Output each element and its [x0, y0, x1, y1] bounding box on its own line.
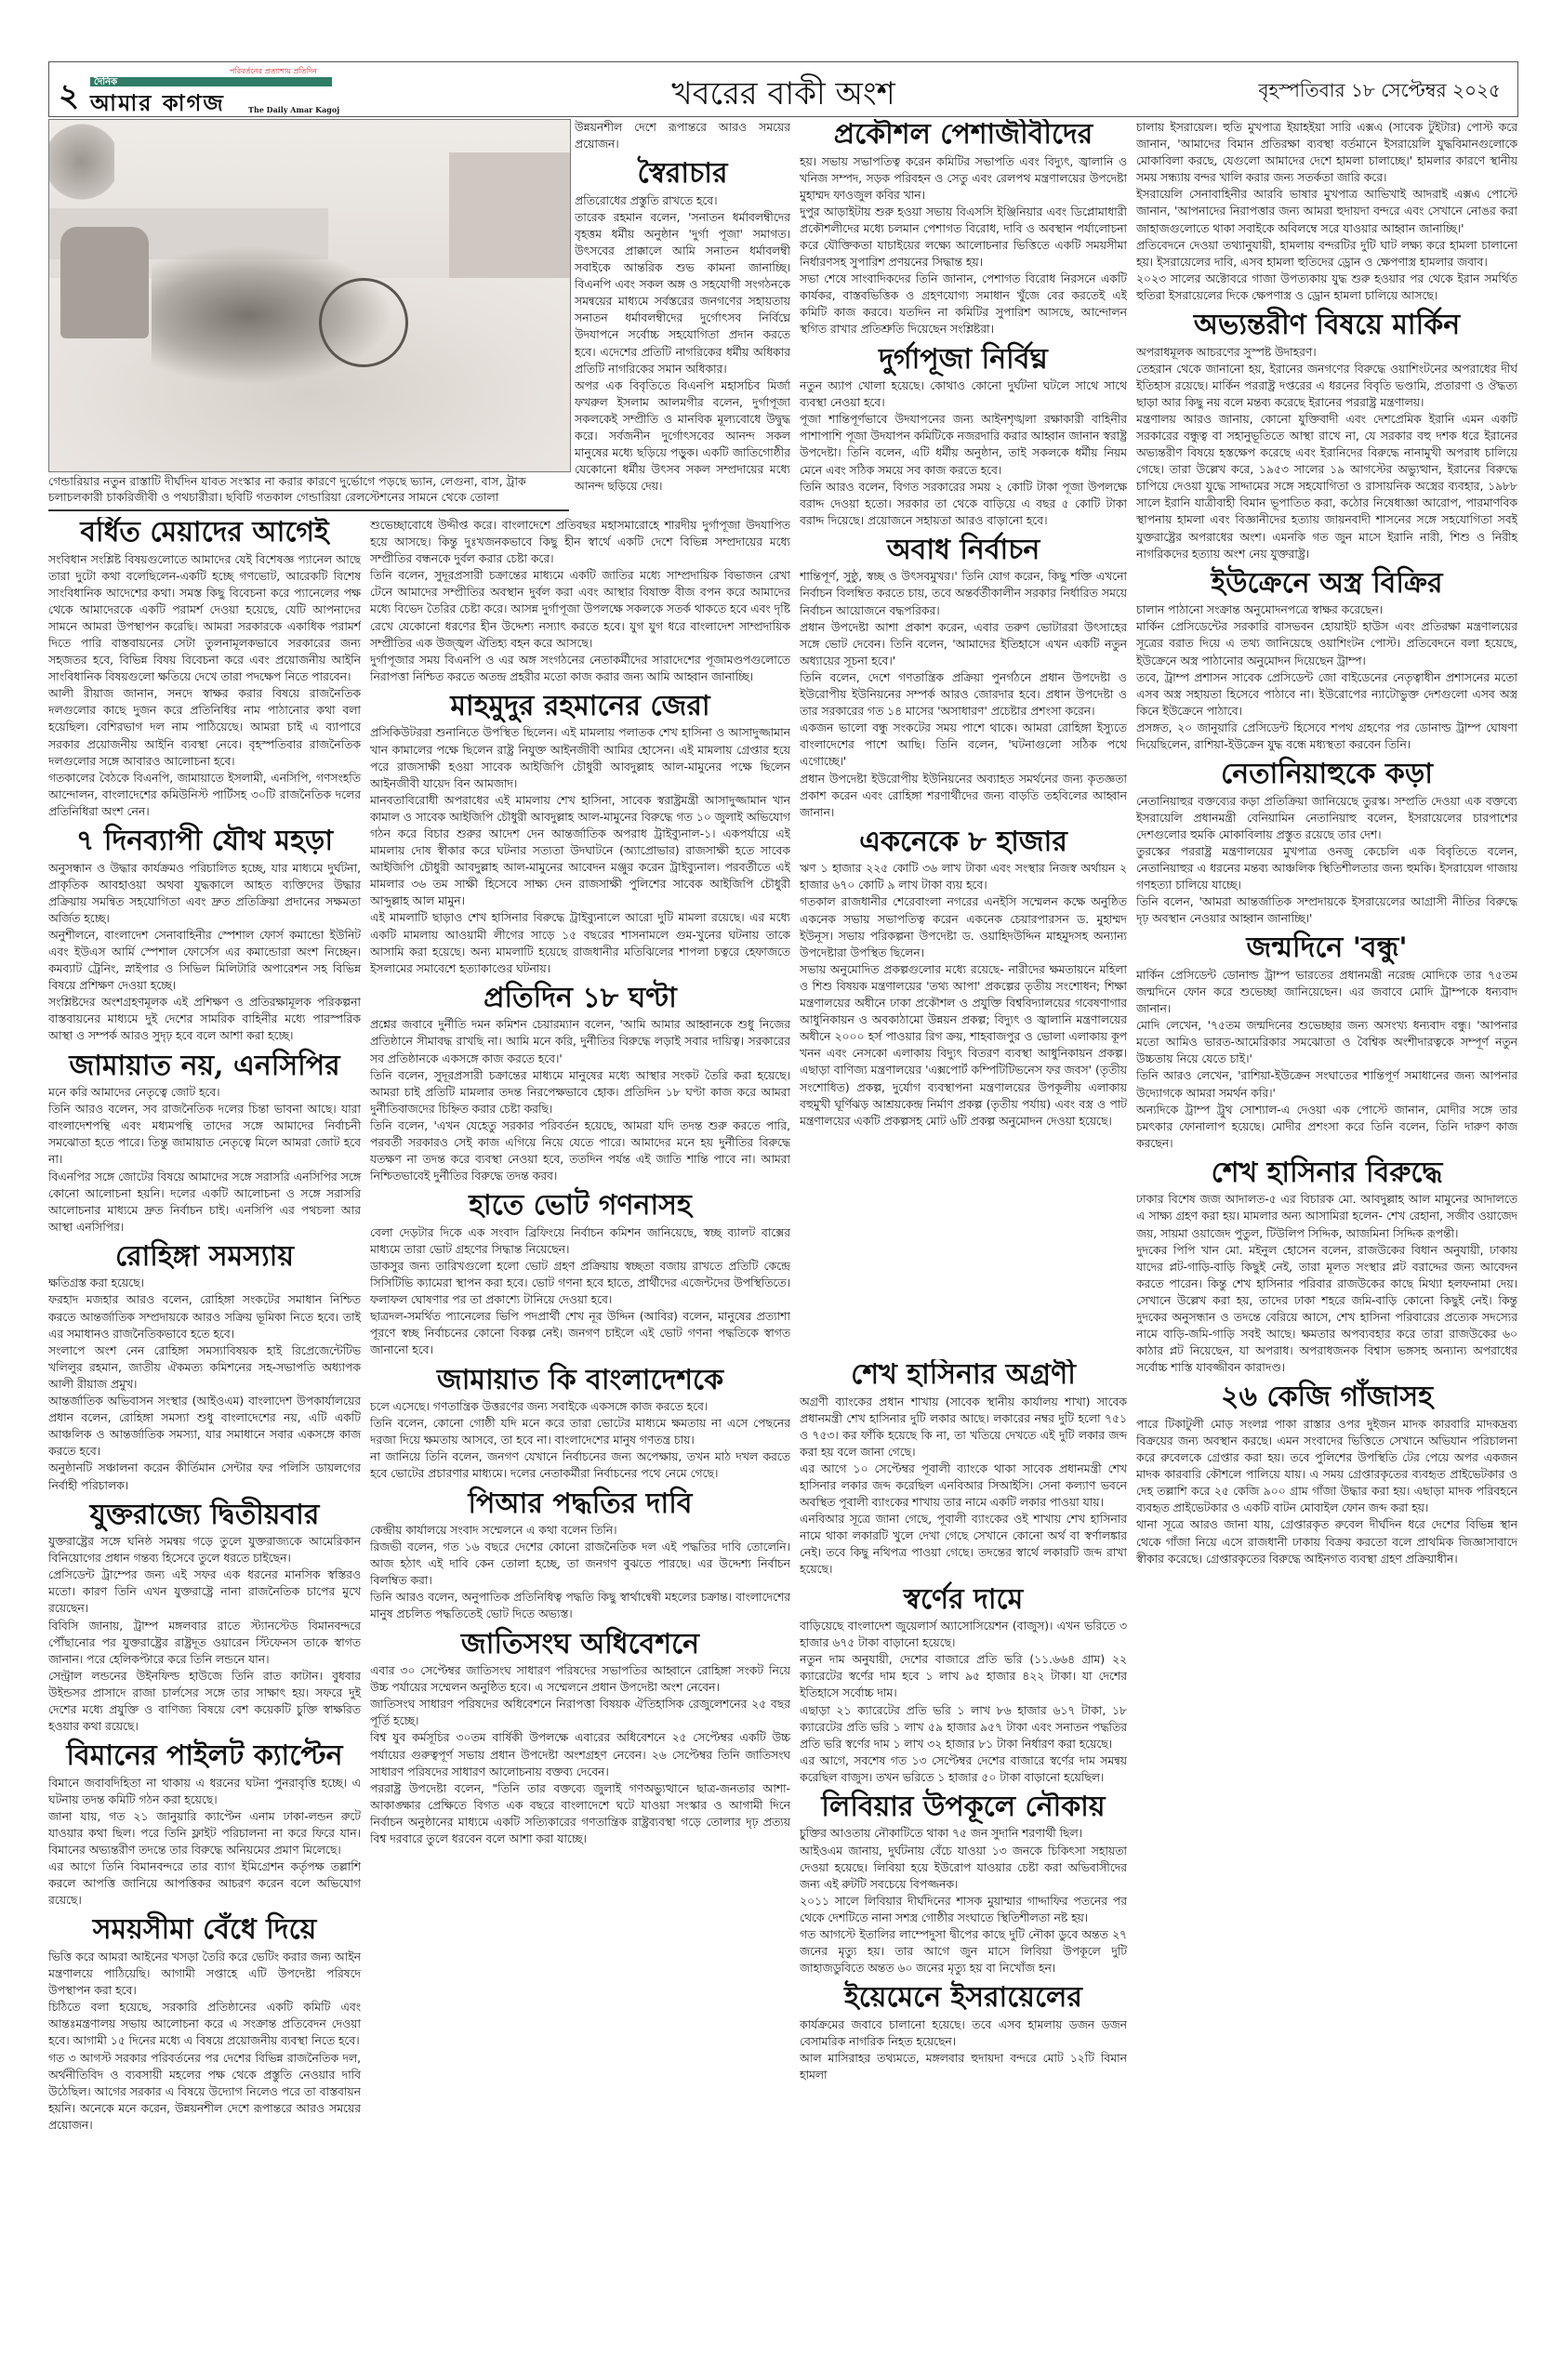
article-joint-drill[interactable]: ৭ দিনব্যাপী যৌথ মহড়া অনুসন্ধান ও উদ্ধার…	[48, 826, 361, 1045]
headline: স্বৈরাচার	[575, 158, 790, 191]
article-jamaat-ncp[interactable]: জামায়াত নয়, এনসিপির মনে করি আমাদের নেত…	[48, 1051, 361, 1236]
paragraph: থানা সূত্রে আরও জানা যায়, গ্রেপ্তারকৃত …	[1136, 1516, 1517, 1567]
paragraph: শুভেচ্ছাবোধে উদ্দীপ্ত করে। বাংলাদেশে প্র…	[370, 517, 790, 567]
headline: ২৬ কেজি গাঁজাসহ	[1136, 1382, 1517, 1414]
paragraph: পররাষ্ট্র উপদেষ্টা বলেন, "তিনি তার বক্তব…	[370, 1780, 790, 1847]
paragraph: ক্ষতিগ্রস্ত করা হয়েছে।	[48, 1275, 361, 1291]
paragraph: ঋণ ১ হাজার ২২৫ কোটি ৩৬ লাখ টাকা এবং সংস্…	[800, 860, 1127, 893]
paragraph: চুক্তির আওতায় নৌকাটিতে থাকা ৭৫ জন সুদান…	[800, 1825, 1127, 1842]
paragraph: আলী রীয়াজ জানান, সনদে স্বাক্ষর করার বিষ…	[48, 685, 361, 769]
paragraph: প্রধান উপদেষ্টা আশা প্রকাশ করেন, এবার তর…	[800, 619, 1127, 669]
paragraph: কার্যক্রমের জবাবে চালানো হয়েছে। তবে এসব…	[800, 2016, 1127, 2050]
headline: শেখ হাসিনার অগ্রণী	[800, 1359, 1127, 1392]
paragraph: ভিত্তি করে আমরা আইনের খসড়া তৈরি করে ভেট…	[48, 1949, 361, 1999]
paragraph: বেলা দেড়টার দিকে এক সংবাদ ব্রিফিংয়ে নি…	[370, 1224, 790, 1258]
paragraph: না জানিয়ে তিনি বলেন, জনগণ যেখানে নির্বা…	[370, 1448, 790, 1482]
paragraph: এবার ৩০ সেপ্টেম্বর জাতিসংঘ সাধারণ পরিষদে…	[370, 1662, 790, 1696]
paragraph: মোদি লেখেন, '৭৫তম জন্মদিনের শুভেচ্ছার জন…	[1136, 1017, 1517, 1067]
paragraph: একজন ভালো বন্ধু সংকটের সময় পাশে থাকে। আ…	[800, 720, 1127, 770]
headline: দুর্গাপূজা নির্বিঘ্ন	[800, 344, 1127, 377]
paragraph: গত ৩ আগস্ট সরকার পরিবর্তনের পর দেশের বিভ…	[48, 2050, 361, 2134]
paragraph: এই মামলাটি ছাড়াও শেখ হাসিনার বিরুদ্ধে ট…	[370, 909, 790, 976]
paragraph: এছাড়া ২১ ক্যারেটের প্রতি ভরি ১ লাখ ৮৬ হ…	[800, 1702, 1127, 1752]
article-birthday[interactable]: জন্মদিনে 'বন্ধু' মার্কিন প্রেসিডেন্ট ডোন…	[1136, 932, 1517, 1152]
paragraph: গত আগস্টে ইতালির লাম্পেদুসা দ্বীপের কাছে…	[800, 1926, 1127, 1977]
headline: যুক্তরাজ্যে দ্বিতীয়বার	[48, 1500, 361, 1532]
paragraph: তেহরান থেকে জানানো হয়, ইরানের জনগণের বি…	[1136, 361, 1517, 411]
article-extended-term[interactable]: বর্ধিত মেয়াদের আগেই সংবিধান সংশ্লিষ্ট ব…	[48, 517, 361, 820]
paragraph: গতকালের বৈঠকে বিএনপি, জামায়াতে ইসলামী, …	[48, 770, 361, 820]
paragraph: তিনি বলেন, দেশে গণতান্ত্রিক প্রক্রিয়া প…	[800, 669, 1127, 720]
paragraph: সভা শেষে সাংবাদিকদের তিনি জানান, পেশাগত …	[800, 271, 1127, 337]
article-uk[interactable]: যুক্তরাজ্যে দ্বিতীয়বার যুক্তরাষ্ট্রের স…	[48, 1500, 361, 1736]
paragraph: তবে, ট্রাম্প প্রশাসন সাবেক প্রেসিডেন্ট জ…	[1136, 669, 1517, 720]
headline: সময়সীমা বেঁধে দিয়ে	[48, 1914, 361, 1947]
article-deadline[interactable]: সময়সীমা বেঁধে দিয়ে ভিত্তি করে আমরা আইন…	[48, 1914, 361, 2134]
paragraph: অনুসন্ধান ও উদ্ধার কার্যক্রমও পরিচালিত হ…	[48, 860, 361, 927]
article-mahmudur[interactable]: মাহমুদুর রহমানের জেরা প্রসিকিউটররা শুনান…	[370, 691, 790, 977]
paragraph: আন্তর্জাতিক অভিবাসন সংস্থার (আইওএম) বাংল…	[48, 1393, 361, 1460]
paragraph: পারে টিকাটুলী মোড় সংলগ্ন পাকা রাস্তার ও…	[1136, 1416, 1517, 1517]
news-photo-icon	[48, 119, 571, 472]
paragraph: তিনি বলেন, কোনো গোষ্ঠী যদি মনে করে তারা …	[370, 1415, 790, 1448]
article-netanyahu[interactable]: নেতানিয়াহুকে কড়া নেতানিয়াহুর বক্তব্যে…	[1136, 759, 1517, 927]
tree-shape	[49, 120, 114, 204]
paragraph: তিনি আরও লেখেন, 'রাশিয়া-ইউক্রেন সংঘাতের…	[1136, 1067, 1517, 1101]
paragraph: মার্কিন প্রেসিডেন্টের সরকারি বাসভবন হোয়…	[1136, 618, 1517, 668]
headline: নেতানিয়াহুকে কড়া	[1136, 759, 1517, 791]
paragraph: জানা যায়, গত ২১ জানুয়ারি ক্যাপ্টেন এনা…	[48, 1808, 361, 1858]
paragraph: তিনি বলেন, সুদূরপ্রসারী চক্রান্তের মাধ্য…	[370, 567, 790, 651]
paragraph: প্রসিকিউটররা শুনানিতে উপস্থিত ছিলেন। এই …	[370, 724, 790, 791]
paragraph: দুপুর আড়াইটায় শুরু হওয়া সভায় বিএসসি …	[800, 204, 1127, 271]
paragraph: দুদকের পিপি খান মো. মইনুল হোসেন বলেন, রা…	[1136, 1242, 1517, 1377]
headline: ইয়েমেনে ইসরায়েলের	[800, 1982, 1127, 2015]
paragraph: বিবিসি জানায়, ট্রাম্প মঙ্গলবার রাতে স্ট…	[48, 1618, 361, 1668]
shop-shape	[449, 152, 570, 292]
article-agrani[interactable]: শেখ হাসিনার অগ্রণী অগ্রণী ব্যাংকের প্রধা…	[800, 1359, 1127, 1579]
paragraph: সংলাপে অংশ নেন রোহিঙ্গা সমস্যাবিষয়ক হাই…	[48, 1342, 361, 1393]
article-iran[interactable]: অভ্যন্তরীণ বিষয়ে মার্কিন অপরাধমূলক আচরণ…	[1136, 310, 1517, 562]
article-lead: উন্নয়নশীল দেশে রূপান্তরে আরও সময়ের প্র…	[575, 119, 790, 152]
paragraph: চিঠিতে বলা হয়েছে, সরকারি প্রতিষ্ঠানের এ…	[48, 1999, 361, 2049]
headline: অবাধ নির্বাচন	[800, 535, 1127, 567]
paragraph: ঢাকার বিশেষ জজ আদালত-৫ এর বিচারক মো. আবদ…	[1136, 1191, 1517, 1241]
paragraph: এর আগে, সবশেষ গত ১৩ সেপ্টেম্বর দেশের বাজ…	[800, 1752, 1127, 1786]
paragraph: মনে করি আমাদের নেতৃত্বে জোট হবে।	[48, 1084, 361, 1101]
paragraph: জাতিসংঘ সাধারণ পরিষদের অধিবেশনে নিরাপত্ত…	[370, 1696, 790, 1729]
headline: জাতিসংঘ অধিবেশনে	[370, 1629, 790, 1661]
article-ukraine[interactable]: ইউক্রেনে অস্ত্র বিক্রির চালান পাঠানো সংক…	[1136, 568, 1517, 753]
article-hasina-case[interactable]: শেখ হাসিনার বিরুদ্ধে ঢাকার বিশেষ জজ আদাল…	[1136, 1157, 1517, 1377]
paragraph: ইসরায়েলি সেনাবাহিনীর আরবি ভাষার মুখপাত্…	[1136, 186, 1517, 236]
headline: একনেকে ৮ হাজার	[800, 826, 1127, 859]
headline: পিআর পদ্ধতির দাবি	[370, 1488, 790, 1521]
paragraph: তিনি আরও বলেন, সব রাজনৈতিক দলের চিন্তা ভ…	[48, 1101, 361, 1168]
paragraph: প্রসঙ্গত, ২০ জানুয়ারি প্রেসিডেন্ট হিসেব…	[1136, 720, 1517, 753]
paragraph: গতকাল রাজধানীর শেরেবাংলা নগরের এনইসি সম্…	[800, 893, 1127, 960]
article-18-hours[interactable]: প্রতিদিন ১৮ ঘণ্টা প্রশ্নের জবাবে দুর্নীত…	[370, 983, 790, 1184]
newspaper-page: ২ দৈনিক পরিবর্তনের প্রত্যাশায় প্রতিদিন …	[48, 61, 1518, 2320]
paragraph: প্রশ্নের জবাবে দুর্নীতি দমন কমিশন চেয়ার…	[370, 1016, 790, 1066]
paragraph: মার্কিন প্রেসিডেন্ট ডোনাল্ড ট্রাম্প ভারত…	[1136, 967, 1517, 1017]
headline: স্বর্ণের দামে	[800, 1584, 1127, 1617]
paragraph: অপর এক বিবৃতিতে বিএনপি মহাসচিব মির্জা ফখ…	[575, 377, 790, 496]
col3-top: প্রকৌশল পেশাজীবীদের হয়। সভায় সভাপতিত্ব…	[800, 119, 1127, 1346]
paragraph: ২০১১ সালে লিবিয়ার দীর্ঘদিনের শাসক মুয়া…	[800, 1893, 1127, 1926]
headline: হাতে ভোট গণনাসহ	[370, 1190, 790, 1223]
paragraph: তিনি বলেন, 'আমরা আন্তর্জাতিক সম্প্রদায়ক…	[1136, 893, 1517, 927]
paragraph: পূজা শান্তিপূর্ণভাবে উদযাপনের জন্য আইনশৃ…	[800, 411, 1127, 478]
paragraph: অনুষ্ঠানটি সঞ্চালনা করেন কীর্তিমান সেন্ট…	[48, 1460, 361, 1493]
headline: জামায়াত কি বাংলাদেশকে	[370, 1365, 790, 1397]
article-gold[interactable]: স্বর্ণের দামে বাড়িয়েছে বাংলাদেশ জুয়েল…	[800, 1584, 1127, 1786]
article-pilot[interactable]: বিমানের পাইলট ক্যাপ্টেন বিমানে জবাবদিহিত…	[48, 1740, 361, 1909]
article-engineers[interactable]: প্রকৌশল পেশাজীবীদের হয়। সভায় সভাপতিত্ব…	[800, 119, 1127, 338]
paragraph: অগ্রণী ব্যাংকের প্রধান শাখায় (সাবেক স্থ…	[800, 1394, 1127, 1461]
paragraph: রিজভী বলেন, গত ১৬ বছরে দেশের কোনো রাজনৈত…	[370, 1539, 790, 1589]
rickshaw-wheel-shape	[319, 278, 408, 367]
paragraph: মন্ত্রণালয় আরও জানায়, কোনো যুক্তিবাদী …	[1136, 411, 1517, 562]
paragraph: প্রতিরোধের প্রস্তুতি রাখতে হবে।	[575, 192, 790, 209]
article-election[interactable]: অবাধ নির্বাচন শান্তিপূর্ণ, সুষ্ঠু, স্বচ্…	[800, 535, 1127, 821]
paragraph: দুর্গাপূজার সময় বিএনপি ও এর অঙ্গ সংগঠনে…	[370, 652, 790, 685]
headline: শেখ হাসিনার বিরুদ্ধে	[1136, 1157, 1517, 1190]
headline: অভ্যন্তরীণ বিষয়ে মার্কিন	[1136, 310, 1517, 342]
article-rohingya[interactable]: রোহিঙ্গা সমস্যায় ক্ষতিগ্রস্ত করা হয়েছে…	[48, 1241, 361, 1494]
col3-bottom: শেখ হাসিনার অগ্রণী অগ্রণী ব্যাংকের প্রধা…	[800, 1359, 1127, 2320]
headline: মাহমুদুর রহমানের জেরা	[370, 691, 790, 723]
paragraph: ছাত্রদল-সমর্থিত প্যানেলের ভিপি পদপ্রার্থ…	[370, 1308, 790, 1358]
paragraph: মানবতাবিরোধী অপরাধের এই মামলায় শেখ হাসি…	[370, 792, 790, 910]
paragraph: নতুন অ্যাপ খোলা হয়েছে। কোথাও কোনো দুর্ঘ…	[800, 377, 1127, 411]
article-yemen[interactable]: ইয়েমেনে ইসরায়েলের কার্যক্রমের জবাবে চা…	[800, 1982, 1127, 2083]
paragraph: বিএনপির সঙ্গে জোটের বিষয়ে আমাদের সঙ্গে …	[48, 1169, 361, 1236]
paragraph: অন্যদিকে ট্রাম্প ট্রুথ সোশ্যাল-এ দেওয়া …	[1136, 1102, 1517, 1152]
paragraph: বিশ্ব যুব কর্মসূচির ৩০তম বার্ষিকী উপলক্ষ…	[370, 1729, 790, 1779]
paragraph: চলে এসেছে। গণতান্ত্রিক উত্তরণের জন্য সবা…	[370, 1398, 790, 1415]
paragraph: হয়। সভায় সভাপতিত্ব করেন কমিটির সভাপতি …	[800, 153, 1127, 204]
paragraph: সেন্ট্রাল লন্ডনের উইনফিল্ড হাউজে তিনি রা…	[48, 1668, 361, 1735]
article-durgapuja[interactable]: দুর্গাপূজা নির্বিঘ্ন নতুন অ্যাপ খোলা হয়…	[800, 344, 1127, 529]
paragraph: চালান পাঠানো সংক্রান্ত অনুমোদনপত্রে স্বা…	[1136, 602, 1517, 618]
paragraph: চালায় ইসরায়েল। হুতি মুখপাত্র ইয়াহইয়া…	[1136, 119, 1517, 186]
article-israel-yemen-cont[interactable]: চালায় ইসরায়েল। হুতি মুখপাত্র ইয়াহইয়া…	[1136, 119, 1517, 304]
paragraph: এর আগে ১০ সেপ্টেম্বর পূবালী ব্যাংকে থাকা…	[800, 1461, 1127, 1511]
col4: চালায় ইসরায়েল। হুতি মুখপাত্র ইয়াহইয়া…	[1136, 119, 1517, 2320]
autorickshaw-shape	[60, 227, 149, 338]
paragraph: সংবিধান সংশ্লিষ্ট বিষয়গুলোতে আমাদের যেই…	[48, 551, 361, 686]
paragraph: ডাকসুর জন্য তারিখগুলো হলো ভোট গ্রহণ প্রক…	[370, 1258, 790, 1308]
paragraph: তিনি আরও বলেন, অনুপাতিক প্রতিনিধিত্ব পদ্…	[370, 1589, 790, 1622]
paragraph: বাড়িয়েছে বাংলাদেশ জুয়েলার্স অ্যাসোসিয…	[800, 1618, 1127, 1651]
headline: বিমানের পাইলট ক্যাপ্টেন	[48, 1740, 361, 1773]
paragraph: সভায় অনুমোদিত প্রকল্পগুলোর মধ্যে রয়েছে…	[800, 961, 1127, 1130]
article-un-session[interactable]: জাতিসংঘ অধিবেশনে এবার ৩০ সেপ্টেম্বর জাতি…	[370, 1629, 790, 1848]
paragraph: ফরহাদ মজহার আরও বলেন, রোহিঙ্গা সংকটের সম…	[48, 1291, 361, 1342]
paragraph: প্রেসিডেন্ট ট্রাম্পের জন্য এই সফর এক ধরন…	[48, 1567, 361, 1617]
paragraph: আইওএম জানায়, দুর্ঘটনায় বেঁচে যাওয়া ১৩…	[800, 1843, 1127, 1893]
caption-divider	[48, 509, 569, 511]
paragraph: ২০২৩ সালের অক্টোবরে গাজা উপত্যকায় যুদ্ধ…	[1136, 271, 1517, 304]
headline: বর্ধিত মেয়াদের আগেই	[48, 517, 361, 549]
article-hand-count[interactable]: হাতে ভোট গণনাসহ বেলা দেড়টার দিকে এক সংব…	[370, 1190, 790, 1358]
paragraph: প্রতিবেদনে দেওয়া তথ্যানুযায়ী, হামলায় …	[1136, 237, 1517, 271]
photo-caption: গেন্ডারিয়ার নতুন রাস্তাটি দীর্ঘদিন যাবত…	[48, 473, 569, 505]
paragraph: যুক্তরাষ্ট্রের সঙ্গে ঘনিষ্ঠ সমন্বয় গড়ে…	[48, 1533, 361, 1567]
paragraph: নেতানিয়াহুর বক্তব্যের কড়া প্রতিক্রিয়া…	[1136, 793, 1517, 843]
paragraph: তুরস্কের পররাষ্ট্র মন্ত্রণালয়ের মুখপাত্…	[1136, 843, 1517, 893]
paragraph: অপরাধমূলক আচরণের সুস্পষ্ট উদাহরণ।	[1136, 344, 1517, 361]
paragraph: নতুন দাম অনুযায়ী, দেশের বাজারে প্রতি ভর…	[800, 1651, 1127, 1701]
paragraph: অনুশীলনে, বাংলাদেশ সেনাবাহিনীর স্পেশাল ফ…	[48, 927, 361, 994]
paragraph: তিনি বলেন, 'এখন যেহেতু সরকার পরিবর্তন হয…	[370, 1117, 790, 1184]
headline: প্রতিদিন ১৮ ঘণ্টা	[370, 983, 790, 1015]
paragraph: তিনি আরও বলেন, বিগত সরকারের সময় ২ কোটি …	[800, 479, 1127, 529]
paragraph: প্রধান উপদেষ্টা ইউরোপীয় ইউনিয়নের অব্যা…	[800, 771, 1127, 821]
article-ganja[interactable]: ২৬ কেজি গাঁজাসহ পারে টিকাটুলী মোড় সংলগ্…	[1136, 1382, 1517, 1567]
col2: শুভেচ্ছাবোধে উদ্দীপ্ত করে। বাংলাদেশে প্র…	[370, 517, 790, 2320]
article-autocracy[interactable]: উন্নয়নশীল দেশে রূপান্তরে আরও সময়ের প্র…	[575, 119, 790, 508]
paragraph: শান্তিপূর্ণ, সুষ্ঠু, স্বচ্ছ ও উৎসবমুখর।'…	[800, 568, 1127, 618]
paragraph: সংশ্লিষ্টদের অংশগ্রহণমূলক এই প্রশিক্ষণ ও…	[48, 994, 361, 1044]
headline: রোহিঙ্গা সমস্যায়	[48, 1241, 361, 1274]
headline: জন্মদিনে 'বন্ধু'	[1136, 932, 1517, 965]
paragraph: আল মাসিরাহর তথ্যমতে, মঙ্গলবার হুদায়দা ব…	[800, 2050, 1127, 2083]
headline: জামায়াত নয়, এনসিপির	[48, 1051, 361, 1083]
col1: বর্ধিত মেয়াদের আগেই সংবিধান সংশ্লিষ্ট ব…	[48, 517, 361, 2320]
headline: প্রকৌশল পেশাজীবীদের	[800, 119, 1127, 152]
paragraph: তিনি বলেন, সুদূরপ্রসারী চক্রান্তের মাধ্য…	[370, 1067, 790, 1117]
article-libya[interactable]: লিবিয়ার উপকূলে নৌকায় চুক্তির আওতায় নৌ…	[800, 1792, 1127, 1977]
headline: ইউক্রেনে অস্ত্র বিক্রির	[1136, 568, 1517, 601]
paragraph: তারেক রহমান বলেন, 'সনাতন ধর্মাবলম্বীদের …	[575, 209, 790, 377]
headline: লিবিয়ার উপকূলে নৌকায়	[800, 1792, 1127, 1824]
headline: ৭ দিনব্যাপী যৌথ মহড়া	[48, 826, 361, 858]
paragraph: বিমানে জবাবদিহিতা না থাকায় এ ধরনের ঘটনা…	[48, 1775, 361, 1808]
paragraph: এর আগে তিনি বিমানবন্দরে তার ব্যাগ ইমিগ্র…	[48, 1858, 361, 1909]
issue-date: বৃহস্পতিবার ১৮ সেপ্টেম্বর ২০২৫	[1258, 77, 1501, 108]
paragraph: এনবিআর সূত্রে জানা গেছে, পূবালী ব্যাংকের…	[800, 1511, 1127, 1578]
article-pr-system[interactable]: পিআর পদ্ধতির দাবি কেন্দ্রীয় কার্যালয়ে …	[370, 1488, 790, 1623]
article-jamaat-bangladesh[interactable]: জামায়াত কি বাংলাদেশকে চলে এসেছে। গণতান্…	[370, 1365, 790, 1483]
article-ecnec[interactable]: একনেকে ৮ হাজার ঋণ ১ হাজার ২২৫ কোটি ৩৬ লা…	[800, 826, 1127, 1130]
paragraph: কেন্দ্রীয় কার্যালয়ে সংবাদ সম্মেলনে এ ক…	[370, 1522, 790, 1539]
masthead: ২ দৈনিক পরিবর্তনের প্রত্যাশায় প্রতিদিন …	[48, 61, 1518, 117]
article-mahmudur-lead[interactable]: শুভেচ্ছাবোধে উদ্দীপ্ত করে। বাংলাদেশে প্র…	[370, 517, 790, 685]
